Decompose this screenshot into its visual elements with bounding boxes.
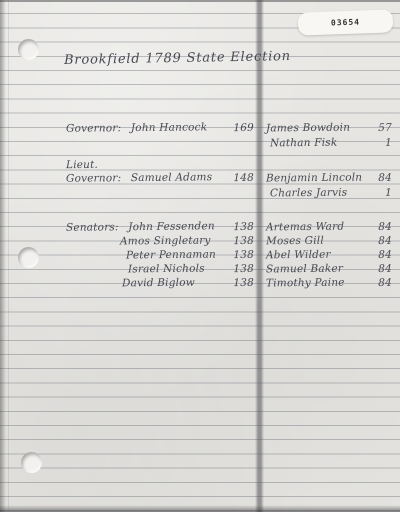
vote-count: 138 — [228, 277, 254, 290]
governor-office-candidate: Governor: John Hancock — [66, 121, 207, 135]
senator-row: Senators: John Fessenden 138 Artemas War… — [0, 221, 400, 235]
runner-up-votes: 84 — [356, 235, 392, 248]
senator-name: Amos Singletary — [120, 235, 211, 249]
senator-name: John Fessenden — [128, 220, 215, 233]
lieut-governor-opponent-row: Charles Jarvis 1 — [0, 187, 400, 201]
punch-hole-top — [18, 39, 39, 60]
senator-row: David Biglow 138 Timothy Paine 84 — [0, 277, 400, 291]
senator-name: Israel Nichols — [128, 263, 205, 277]
office-label: Governor: — [66, 122, 121, 135]
governor-row: Governor: John Hancock 169 James Bowdoin… — [0, 122, 400, 136]
scanned-ledger-page: 03654 Brookfield 1789 State Election Gov… — [0, 0, 400, 512]
opponent-name: Charles Jarvis — [270, 187, 347, 201]
opponent-votes: 57 — [356, 122, 392, 135]
opponent-name: James Bowdoin — [266, 122, 350, 136]
lieut-governor-row: Governor: Samuel Adams 148 Benjamin Linc… — [0, 172, 400, 186]
opponent-votes: 1 — [356, 137, 392, 150]
runner-up-name: Abel Wilder — [266, 249, 331, 263]
vote-count: 148 — [228, 172, 254, 185]
opponent-name: Nathan Fisk — [270, 137, 338, 151]
runner-up-votes: 84 — [356, 277, 392, 290]
archive-number: 03654 — [331, 17, 360, 27]
senator-row: Peter Pennaman 138 Abel Wilder 84 — [0, 249, 400, 263]
office-label: Governor: — [66, 172, 121, 185]
senators-office-candidate: Senators: John Fessenden — [66, 220, 215, 235]
opponent-votes: 1 — [356, 187, 392, 200]
punch-hole-bottom — [21, 452, 42, 473]
vote-count: 138 — [228, 249, 254, 262]
page-bottom-edge-shadow — [0, 505, 400, 512]
office-label: Lieut. — [66, 159, 98, 172]
governor-opponent-row: Nathan Fisk 1 — [0, 137, 400, 151]
runner-up-name: Samuel Baker — [266, 263, 343, 277]
opponent-name: Benjamin Lincoln — [266, 171, 362, 185]
vote-count: 169 — [228, 122, 254, 135]
senator-row: Israel Nichols 138 Samuel Baker 84 — [0, 263, 400, 277]
runner-up-votes: 84 — [356, 221, 392, 234]
vote-count: 138 — [228, 263, 254, 276]
page-top-edge — [0, 0, 400, 2]
runner-up-votes: 84 — [356, 263, 392, 276]
archive-number-label: 03654 — [298, 9, 394, 35]
runner-up-name: Artemas Ward — [266, 221, 344, 235]
senator-name: Peter Pennaman — [126, 249, 216, 263]
runner-up-name: Timothy Paine — [266, 277, 345, 291]
candidate-name: John Hancock — [131, 121, 208, 134]
senator-name: David Biglow — [122, 277, 195, 291]
candidate-name: Samuel Adams — [131, 171, 213, 184]
runner-up-votes: 84 — [356, 249, 392, 262]
office-label: Senators: — [66, 221, 119, 234]
vote-count: 138 — [228, 221, 254, 234]
vote-count: 138 — [228, 235, 254, 248]
lieut-governor-office-candidate: Governor: Samuel Adams — [66, 171, 212, 186]
runner-up-name: Moses Gill — [266, 235, 324, 249]
opponent-votes: 84 — [356, 172, 392, 185]
senator-row: Amos Singletary 138 Moses Gill 84 — [0, 235, 400, 249]
